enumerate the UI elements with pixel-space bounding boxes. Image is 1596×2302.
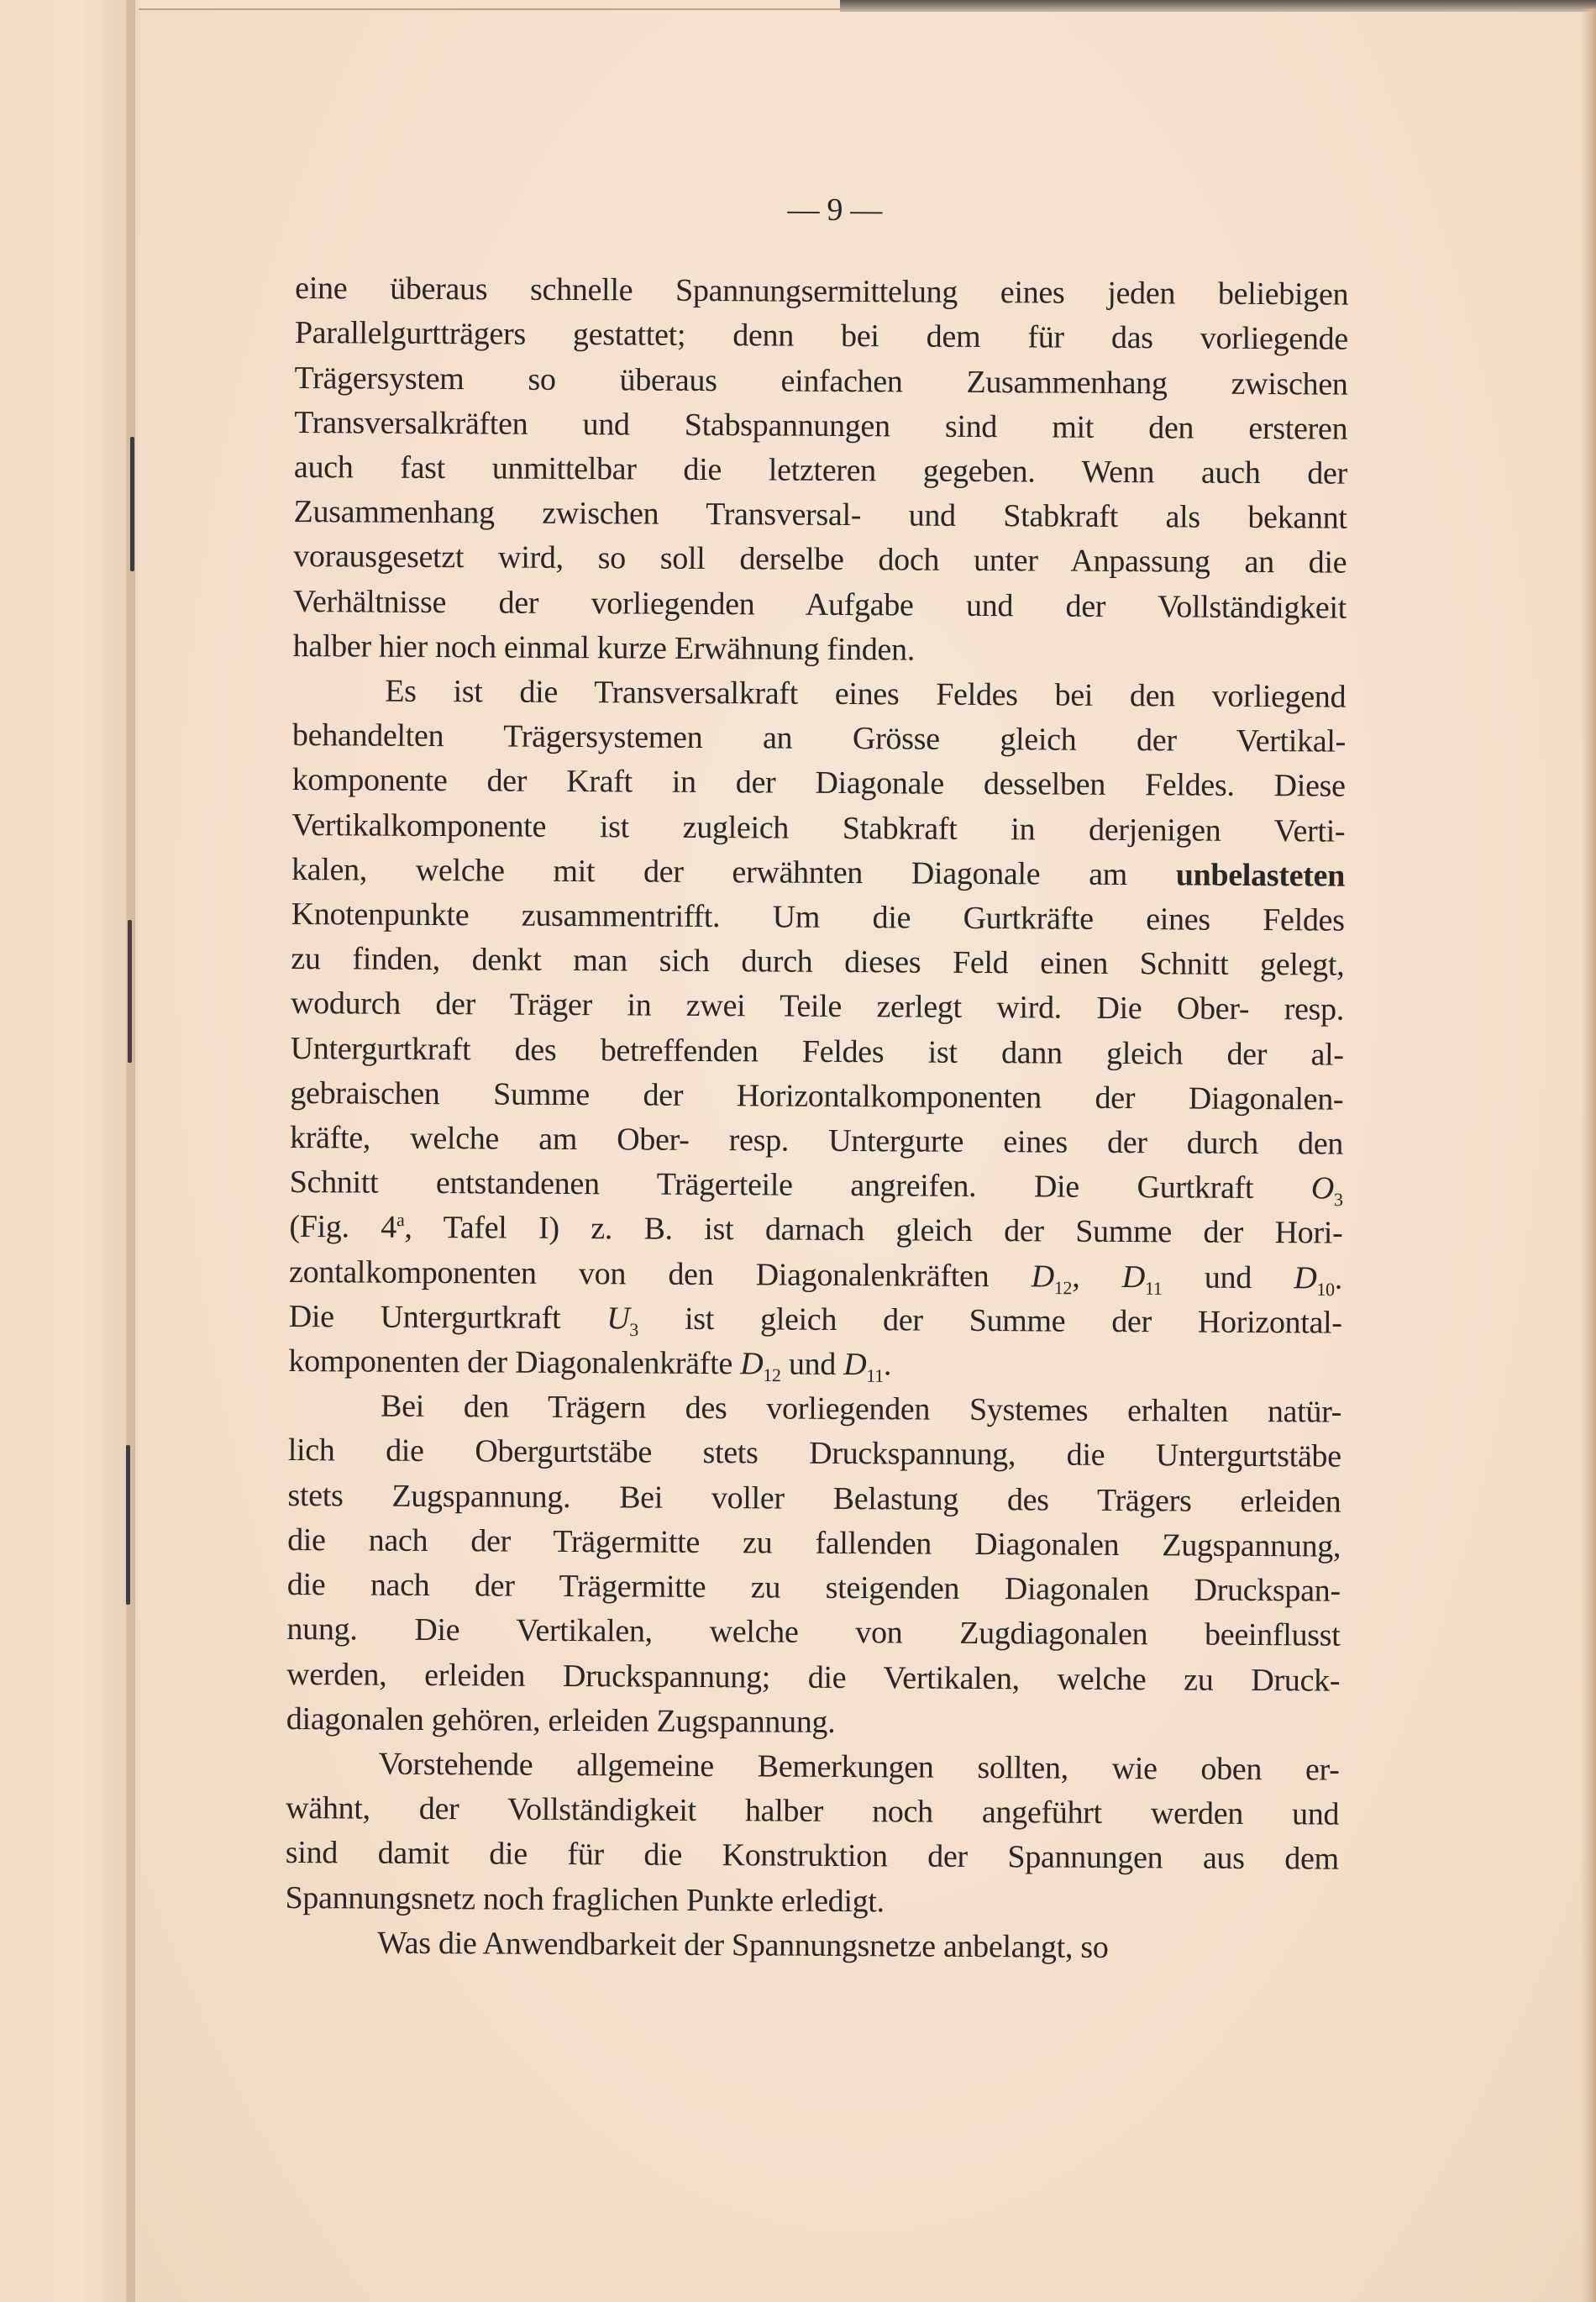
math-symbol: D bbox=[1294, 1260, 1316, 1296]
paragraph: Es ist die Transversalkraft eines Feldes… bbox=[288, 669, 1346, 1390]
binding-thread-mark bbox=[128, 920, 132, 1063]
text-line: vorausgesetzt wird, so soll derselbe doc… bbox=[293, 534, 1347, 586]
text-line: halber hier noch einmal kurze Erwähnung … bbox=[292, 624, 1346, 675]
page-body: — 9 — eine überaus schnelle Spannungserm… bbox=[285, 185, 1349, 1972]
text-line: zu finden, denkt man sich durch dieses F… bbox=[291, 937, 1344, 988]
text-line: auch fast unmittelbar die letzteren gege… bbox=[294, 445, 1347, 497]
paragraph: Bei den Trägern des vorliegenden Systeme… bbox=[286, 1384, 1342, 1748]
text-line: Verhältnisse der vorliegenden Aufgabe un… bbox=[293, 580, 1347, 631]
text-line: werden, erleiden Druckspannung; die Vert… bbox=[286, 1652, 1340, 1703]
text-line: Die Untergurtkraft U3 ist gleich der Sum… bbox=[289, 1295, 1342, 1346]
math-symbol: D bbox=[843, 1347, 866, 1382]
text-line: die nach der Trägermitte zu steigenden D… bbox=[287, 1563, 1341, 1614]
page-right-edge bbox=[1581, 8, 1596, 2302]
binding-thread-mark bbox=[130, 437, 134, 571]
paragraph: Vorstehende allgemeine Bemerkungen sollt… bbox=[285, 1742, 1339, 1926]
math-symbol: D bbox=[740, 1346, 763, 1381]
text-line: Zusammenhang zwischen Transversal- und S… bbox=[293, 490, 1347, 541]
text-line: Parallelgurtträgers gestattet; denn bei … bbox=[295, 311, 1348, 362]
text-line: die nach der Trägermitte zu fallenden Di… bbox=[287, 1518, 1341, 1569]
text-line: diagonalen gehören, erleiden Zugspannung… bbox=[286, 1697, 1340, 1748]
text-line: nung. Die Vertikalen, welche von Zugdiag… bbox=[286, 1607, 1340, 1658]
text-line: Vertikalkomponente ist zugleich Stabkraf… bbox=[291, 803, 1345, 854]
text-line: lich die Obergurtstäbe stets Druckspannu… bbox=[288, 1428, 1341, 1479]
text-line: komponenten der Diagonalenkräfte D12 und… bbox=[288, 1339, 1341, 1390]
text-line: wähnt, der Vollständigkeit halber noch a… bbox=[286, 1786, 1339, 1837]
text-line: gebraischen Summe der Horizontalkomponen… bbox=[290, 1071, 1343, 1122]
paragraph: eine überaus schnelle Spannungsermittelu… bbox=[292, 266, 1348, 675]
math-symbol: D bbox=[1032, 1259, 1054, 1294]
text-line: Knotenpunkte zusammentrifft. Um die Gurt… bbox=[291, 892, 1345, 943]
paragraphs: eine überaus schnelle Spannungsermittelu… bbox=[285, 266, 1348, 1971]
text-line: Bei den Trägern des vorliegenden Systeme… bbox=[288, 1384, 1341, 1435]
bold-term: unbelasteten bbox=[1176, 857, 1345, 893]
math-symbol: O bbox=[1311, 1171, 1334, 1206]
text-line: stets Zugspannung. Bei voller Belastung … bbox=[287, 1474, 1341, 1525]
text-line: (Fig. 4a, Tafel I) z. B. ist darnach gle… bbox=[289, 1205, 1342, 1256]
text-line: Schnitt entstandenen Trägerteile angreif… bbox=[290, 1160, 1343, 1211]
text-line: Trägersystem so überaus einfachen Zusamm… bbox=[294, 356, 1347, 407]
text-line: wodurch der Träger in zwei Teile zerlegt… bbox=[291, 981, 1344, 1033]
text-line: komponente der Kraft in der Diagonale de… bbox=[292, 758, 1346, 809]
paragraph: Was die Anwendbarkeit der Spannungsnetze… bbox=[285, 1921, 1338, 1972]
text-line: Untergurtkraft des betreffenden Feldes i… bbox=[291, 1027, 1344, 1078]
text-line: Es ist die Transversalkraft eines Feldes… bbox=[292, 669, 1346, 720]
text-line: Spannungsnetz noch fraglichen Punkte erl… bbox=[285, 1875, 1338, 1926]
math-symbol: U bbox=[606, 1301, 629, 1336]
text-line: Was die Anwendbarkeit der Spannungsnetze… bbox=[285, 1921, 1338, 1972]
text-line: eine überaus schnelle Spannungsermittelu… bbox=[295, 266, 1348, 318]
text-line: Vorstehende allgemeine Bemerkungen sollt… bbox=[286, 1742, 1339, 1793]
binding-thread-mark bbox=[126, 1445, 130, 1605]
text-line: kalen, welche mit der erwähnten Diagonal… bbox=[291, 848, 1345, 899]
text-line: Transversalkräften und Stabspannungen si… bbox=[294, 401, 1347, 452]
math-symbol: D bbox=[1122, 1259, 1145, 1295]
text-line: zontalkomponenten von den Diagonalenkräf… bbox=[289, 1250, 1342, 1301]
previous-page-leaf bbox=[0, 0, 135, 2302]
text-line: behandelten Trägersystemen an Grösse gle… bbox=[292, 713, 1346, 765]
page-top-shadow bbox=[840, 0, 1596, 12]
text-line: kräfte, welche am Ober- resp. Untergurte… bbox=[290, 1116, 1343, 1167]
text-line: sind damit die für die Konstruktion der … bbox=[286, 1831, 1339, 1882]
page-number: — 9 — bbox=[321, 185, 1349, 236]
